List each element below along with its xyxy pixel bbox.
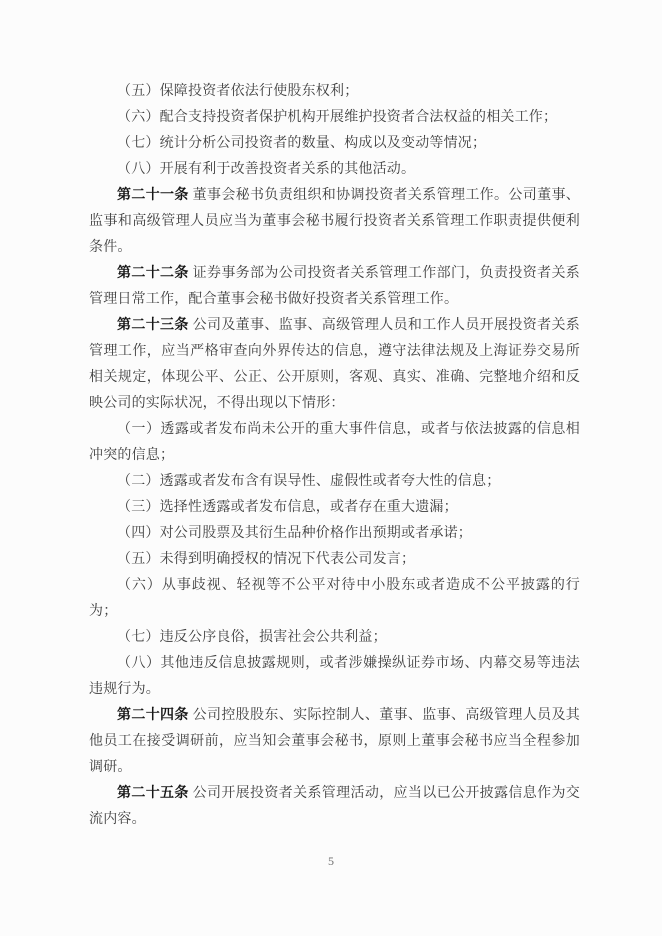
page-number: 5 [328,854,334,868]
article-paragraph: 第二十五条 公司开展投资者关系管理活动，应当以已公开披露信息作为交流内容。 [89,781,580,833]
document-body: （五）保障投资者依法行使股东权利；（六）配合支持投资者保护机构开展维护投资者合法… [89,79,580,833]
list-item-paragraph: （八）其他违反信息披露规则，或者涉嫌操纵证券市场、内幕交易等违法违规行为。 [89,651,580,703]
list-item-paragraph: （六）从事歧视、轻视等不公平对待中小股东或者造成不公平披露的行为； [89,573,580,625]
list-item-paragraph: （七）违反公序良俗，损害社会公共利益； [89,625,580,651]
article-paragraph: 第二十一条 董事会秘书负责组织和协调投资者关系管理工作。公司董事、监事和高级管理… [89,183,580,261]
article-paragraph: 第二十四条 公司控股股东、实际控制人、董事、监事、高级管理人员及其他员工在接受调… [89,703,580,781]
list-item-paragraph: （七）统计分析公司投资者的数量、构成以及变动等情况； [89,131,580,157]
article-number: 第二十二条 [117,266,189,281]
document-page: （五）保障投资者依法行使股东权利；（六）配合支持投资者保护机构开展维护投资者合法… [0,0,662,936]
list-item-paragraph: （五）未得到明确授权的情况下代表公司发言； [89,547,580,573]
article-paragraph: 第二十三条 公司及董事、监事、高级管理人员和工作人员开展投资者关系管理工作，应当… [89,313,580,417]
list-item-paragraph: （三）选择性透露或者发布信息，或者存在重大遗漏； [89,495,580,521]
page-footer: 5 [0,852,662,870]
list-item-paragraph: （六）配合支持投资者保护机构开展维护投资者合法权益的相关工作； [89,105,580,131]
article-number: 第二十三条 [117,318,189,333]
article-number: 第二十五条 [117,786,189,801]
article-paragraph: 第二十二条 证券事务部为公司投资者关系管理工作部门，负责投资者关系管理日常工作，… [89,261,580,313]
list-item-paragraph: （八）开展有利于改善投资者关系的其他活动。 [89,157,580,183]
list-item-paragraph: （一）透露或者发布尚未公开的重大事件信息，或者与依法披露的信息相冲突的信息； [89,417,580,469]
article-number: 第二十一条 [117,188,189,203]
list-item-paragraph: （四）对公司股票及其衍生品种价格作出预期或者承诺； [89,521,580,547]
list-item-paragraph: （二）透露或者发布含有误导性、虚假性或者夸大性的信息； [89,469,580,495]
list-item-paragraph: （五）保障投资者依法行使股东权利； [89,79,580,105]
article-number: 第二十四条 [117,708,189,723]
